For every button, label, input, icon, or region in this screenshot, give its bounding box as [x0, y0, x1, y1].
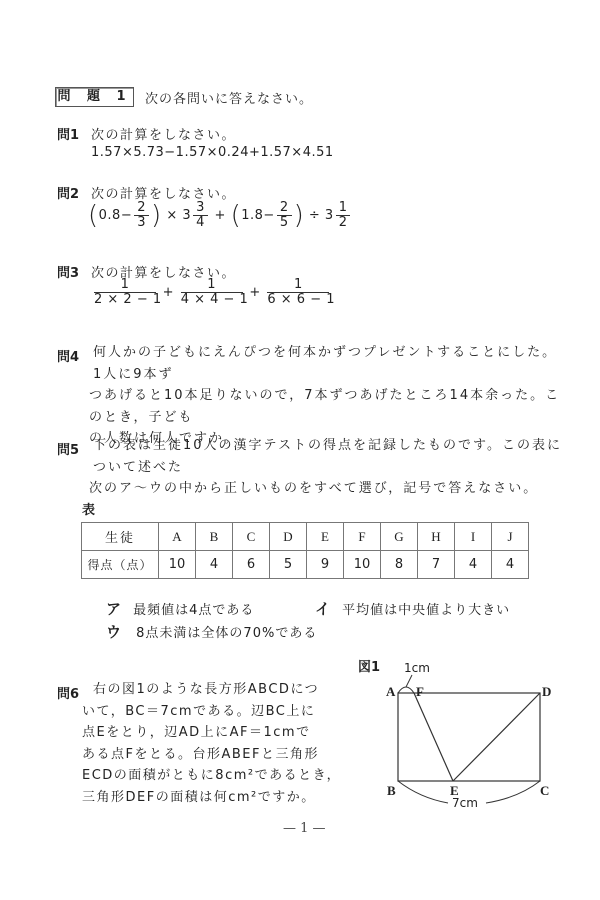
question-5-line: 下の表は生徒10人の漢字テストの得点を記録したものです。この表について述べた — [93, 435, 563, 478]
score-table: 生徒 A B C D E F G H I J 得点（点） 10 4 6 5 9 … — [81, 522, 529, 579]
table-cell: A — [159, 523, 196, 551]
point-a-label: A — [386, 684, 395, 700]
table-cell: J — [492, 523, 529, 551]
table-cell: H — [418, 523, 455, 551]
table-cell: 4 — [196, 551, 233, 579]
page-number: — 1 — — [283, 821, 326, 836]
point-f-label: F — [416, 684, 424, 700]
table-cell: F — [344, 523, 381, 551]
table-cell: 7 — [418, 551, 455, 579]
question-4-line: つあげると10本足りないので，7本ずつあげたところ14本余った。このとき，子ども — [89, 385, 563, 428]
point-d-label: D — [542, 684, 551, 700]
term: 0.8− — [99, 208, 133, 223]
fraction-2: 14 × 4 − 1 — [181, 278, 243, 307]
fraction: 25 — [277, 201, 292, 230]
denominator: 3 — [134, 216, 149, 230]
option-label: イ — [315, 600, 330, 618]
question-3-number: 問3 — [57, 262, 79, 281]
numerator: 1 — [336, 201, 351, 216]
table-row-students: 生徒 A B C D E F G H I J — [82, 523, 529, 551]
question-6-line: ECDの面積がともに8cm²であるとき， — [82, 765, 353, 787]
denominator: 5 — [277, 216, 292, 230]
table-cell: I — [455, 523, 492, 551]
question-5-line: 次のア〜ウの中から正しいものをすべて選び，記号で答えなさい。 — [89, 478, 563, 500]
open-paren: ( — [88, 201, 99, 231]
table-cell: 10 — [344, 551, 381, 579]
operator-plus: + — [163, 285, 174, 300]
af-length-label: 1cm — [404, 661, 430, 675]
operator-plus: + — [215, 208, 226, 223]
question-6-line: 三角形DEFの面積は何cm²ですか。 — [82, 787, 353, 809]
table-cell: 9 — [307, 551, 344, 579]
question-6-line: 右の図1のような長方形ABCDにつ — [93, 679, 353, 701]
fraction-3: 16 × 6 − 1 — [267, 278, 329, 307]
option-u: ウ 8点未満は全体の70%である — [106, 621, 317, 642]
question-1-number: 問1 — [57, 124, 79, 143]
table-cell: C — [233, 523, 270, 551]
question-6-number: 問6 — [57, 683, 79, 702]
close-paren: ) — [294, 201, 305, 231]
question-4-number: 問4 — [57, 346, 79, 365]
table-cell: D — [270, 523, 307, 551]
question-5-text: 下の表は生徒10人の漢字テストの得点を記録したものです。この表について述べた 次… — [93, 435, 563, 500]
numerator: 1 — [181, 278, 243, 293]
option-label: ウ — [106, 623, 121, 641]
table-cell: G — [381, 523, 418, 551]
question-6-line: 点Eをとり，辺AD上にAF＝1cmで — [82, 722, 353, 744]
option-i: イ 平均値は中央値より大きい — [315, 598, 510, 619]
table-cell: B — [196, 523, 233, 551]
question-1-expression: 1.57×5.73−1.57×0.24+1.57×4.51 — [91, 145, 334, 160]
score-table-grid: 生徒 A B C D E F G H I J 得点（点） 10 4 6 5 9 … — [81, 522, 529, 579]
mixed-fraction-part: 12 — [336, 201, 351, 230]
term: 1.8− — [241, 208, 275, 223]
numerator: 1 — [267, 278, 329, 293]
denominator: 2 — [336, 216, 351, 230]
problem-number-box: 問 題 1 — [55, 87, 134, 107]
question-4-line: 何人かの子どもにえんぴつを何本かずつプレゼントすることにした。1人に9本ず — [93, 342, 563, 385]
question-5-number: 問5 — [57, 439, 79, 458]
open-paren: ( — [231, 201, 242, 231]
question-2-prompt: 次の計算をしなさい。 — [91, 183, 236, 202]
rectangle-diagram — [350, 650, 570, 820]
table-cell: 4 — [455, 551, 492, 579]
operator-plus: + — [249, 285, 260, 300]
table-cell: 6 — [233, 551, 270, 579]
table-cell: 10 — [159, 551, 196, 579]
table-cell: 5 — [270, 551, 307, 579]
question-2-expression: (0.8−23) × 334 + (1.8−25) ÷ 312 — [88, 201, 352, 230]
denominator: 4 — [193, 216, 208, 230]
question-2-number: 問2 — [57, 183, 79, 202]
numerator: 1 — [94, 278, 156, 293]
mixed-fraction-part: 34 — [193, 201, 208, 230]
table-title: 表 — [82, 499, 95, 518]
option-text: 8点未満は全体の70%である — [136, 626, 317, 641]
table-row-scores: 得点（点） 10 4 6 5 9 10 8 7 4 4 — [82, 551, 529, 579]
denominator: 2 × 2 − 1 — [94, 293, 156, 307]
table-header-cell: 得点（点） — [82, 551, 159, 579]
denominator: 6 × 6 − 1 — [267, 293, 329, 307]
question-6-text: 右の図1のような長方形ABCDにつ いて，BC＝7cmである。辺BC上に 点Eを… — [93, 679, 353, 808]
question-4-text: 何人かの子どもにえんぴつを何本かずつプレゼントすることにした。1人に9本ず つあ… — [93, 342, 563, 450]
table-cell: 8 — [381, 551, 418, 579]
table-cell: E — [307, 523, 344, 551]
operator-times: × 3 — [166, 208, 191, 223]
question-6-line: いて，BC＝7cmである。辺BC上に — [82, 701, 353, 723]
option-a: ア 最頻値は4点である — [106, 598, 254, 619]
fraction: 23 — [134, 201, 149, 230]
bc-length-label: 7cm — [452, 796, 478, 810]
problem-instruction: 次の各問いに答えなさい。 — [145, 88, 313, 107]
option-label: ア — [106, 600, 121, 618]
option-text: 平均値は中央値より大きい — [342, 603, 510, 618]
option-text: 最頻値は4点である — [133, 603, 254, 618]
point-c-label: C — [540, 783, 549, 799]
numerator: 2 — [134, 201, 149, 216]
operator-divide: ÷ 3 — [309, 208, 334, 223]
question-6-line: ある点Fをとる。台形ABEFと三角形 — [82, 744, 353, 766]
close-paren: ) — [151, 201, 162, 231]
table-cell: 4 — [492, 551, 529, 579]
denominator: 4 × 4 − 1 — [181, 293, 243, 307]
fraction-1: 12 × 2 − 1 — [94, 278, 156, 307]
point-b-label: B — [387, 783, 396, 799]
table-header-cell: 生徒 — [82, 523, 159, 551]
question-3-expression: 12 × 2 − 1 + 14 × 4 − 1 + 16 × 6 − 1 — [92, 278, 331, 307]
figure-1 — [350, 650, 570, 820]
question-1-prompt: 次の計算をしなさい。 — [91, 124, 236, 143]
numerator: 2 — [277, 201, 292, 216]
numerator: 3 — [193, 201, 208, 216]
